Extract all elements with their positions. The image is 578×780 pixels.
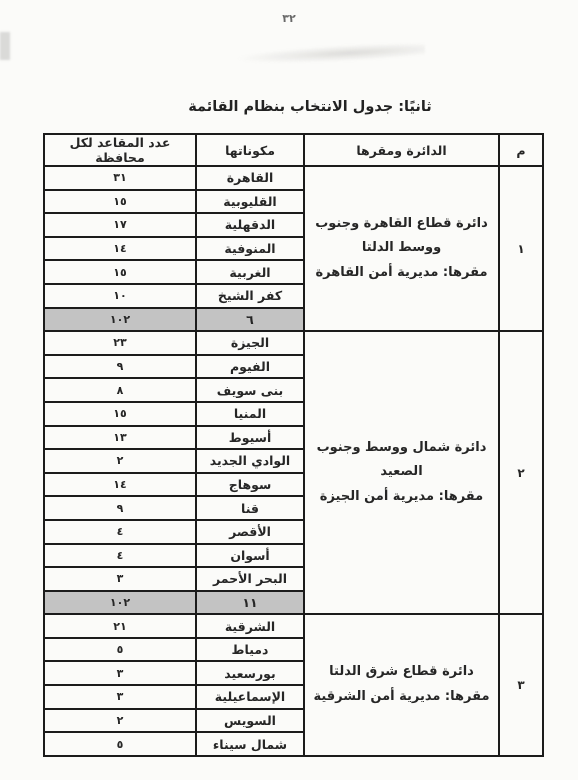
governorate-name: شمال سيناء [196,732,304,756]
governorate-seats: ٤ [44,520,196,544]
district-name-cell: دائرة قطاع شرق الدلتامقرها: مديرية أمن ا… [304,614,499,756]
governorate-seats: ١٥ [44,190,196,214]
district-headquarters: مقرها: مديرية أمن القاهرة [308,261,495,286]
governorate-name: بنى سويف [196,378,304,402]
governorate-name: الأقصر [196,520,304,544]
governorate-name: الشرقية [196,614,304,638]
governorate-name: الغربية [196,260,304,284]
governorate-seats: ١٤ [44,237,196,261]
district-index: ٣ [499,614,543,756]
district-name-cell: دائرة شمال ووسط وجنوب الصعيدمقرها: مديري… [304,331,499,614]
page-title: ثانيًا: جدول الانتخاب بنظام القائمة [80,99,540,115]
governorate-seats: ١٣ [44,426,196,450]
governorate-seats: ٨ [44,378,196,402]
scan-smudge-artifact [235,41,426,67]
district-headquarters: مقرها: مديرية أمن الجيزة [308,485,495,510]
district-headquarters: مقرها: مديرية أمن الشرقية [308,685,495,710]
district-name: دائرة شمال ووسط وجنوب الصعيد [308,436,495,485]
governorate-seats: ٣ [44,661,196,685]
governorate-seats: ٢ [44,709,196,733]
table-row: ١دائرة قطاع القاهرة وجنوب ووسط الدلتامقر… [44,166,543,190]
header-index: م [499,134,543,166]
governorate-seats: ٩ [44,355,196,379]
governorate-name: القاهرة [196,166,304,190]
governorate-seats: ٥ [44,732,196,756]
governorate-name: الجيزة [196,331,304,355]
governorate-seats: ١٧ [44,213,196,237]
governorate-name: السويس [196,709,304,733]
governorate-seats: ٤ [44,544,196,568]
governorate-name: أسوان [196,544,304,568]
governorate-count-total: ١١ [196,591,304,615]
district-name: دائرة قطاع القاهرة وجنوب ووسط الدلتا [308,212,495,261]
district-name: دائرة قطاع شرق الدلتا [308,660,495,685]
governorate-name: كفر الشيخ [196,284,304,308]
governorate-seats: ١٤ [44,473,196,497]
governorate-seats: ٣ [44,685,196,709]
header-components: مكوناتها [196,134,304,166]
governorate-name: القليوبية [196,190,304,214]
governorate-name: دمياط [196,638,304,662]
governorate-name: قنا [196,496,304,520]
governorate-seats: ٥ [44,638,196,662]
table-row: ٣دائرة قطاع شرق الدلتامقرها: مديرية أمن … [44,614,543,638]
governorate-count-total: ٦ [196,308,304,332]
governorate-name: الدقهلية [196,213,304,237]
governorate-name: المنوفية [196,237,304,261]
district-name-cell: دائرة قطاع القاهرة وجنوب ووسط الدلتامقره… [304,166,499,331]
district-index: ٢ [499,331,543,614]
governorate-seats: ١٠ [44,284,196,308]
governorate-name: البحر الأحمر [196,567,304,591]
table-header-row: م الدائرة ومقرها مكوناتها عدد المقاعد لك… [44,134,543,166]
governorate-seats: ٢ [44,449,196,473]
district-index: ١ [499,166,543,331]
page-number: ٣٢ [0,12,578,25]
scanned-document-page: { "page": { "page_number": "٣٢", "title"… [0,0,578,780]
governorate-seats: ١٥ [44,402,196,426]
table-body: ١دائرة قطاع القاهرة وجنوب ووسط الدلتامقر… [44,166,543,756]
seats-total: ١٠٢ [44,308,196,332]
governorate-seats: ٩ [44,496,196,520]
governorate-name: سوهاج [196,473,304,497]
scan-edge-artifact [0,32,10,60]
governorate-name: الفيوم [196,355,304,379]
governorate-seats: ١٥ [44,260,196,284]
governorate-name: المنيا [196,402,304,426]
list-system-election-table: م الدائرة ومقرها مكوناتها عدد المقاعد لك… [43,133,544,757]
governorate-name: الوادي الجديد [196,449,304,473]
governorate-seats: ٣ [44,567,196,591]
governorate-name: أسيوط [196,426,304,450]
governorate-name: بورسعيد [196,661,304,685]
header-district: الدائرة ومقرها [304,134,499,166]
governorate-name: الإسماعيلية [196,685,304,709]
governorate-seats: ٢٣ [44,331,196,355]
seats-total: ١٠٢ [44,591,196,615]
table-row: ٢دائرة شمال ووسط وجنوب الصعيدمقرها: مدير… [44,331,543,355]
governorate-seats: ٣١ [44,166,196,190]
header-seats: عدد المقاعد لكل محافظة [44,134,196,166]
governorate-seats: ٢١ [44,614,196,638]
